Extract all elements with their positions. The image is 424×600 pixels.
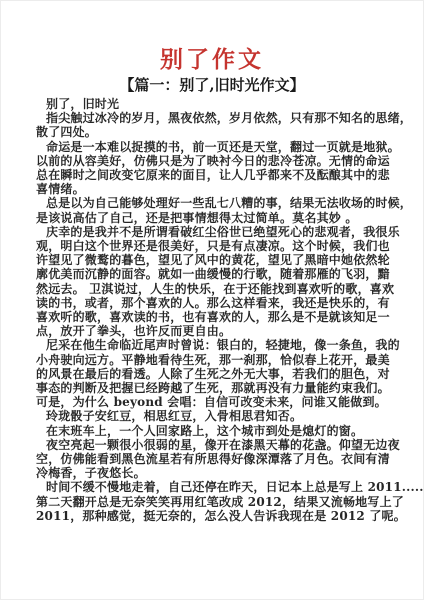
body-line: 观，明白这个世界还是很美好，只是有点凄凉。这个时候，我们也 bbox=[0, 239, 424, 253]
body-line: 以前的从容美好，仿佛只是为了映衬今日的悲冷苍凉。无情的命运 bbox=[0, 154, 424, 168]
body-line: 时间不缓不慢地走着，自己还停在昨天，日记本上总是写上 2011...... bbox=[0, 480, 424, 494]
body-line: 喜欢听的歌，喜欢读的书，也有喜欢的人，那么是不是就该知足一 bbox=[0, 310, 424, 324]
body-line: 读的书，或者，那个喜欢的人。那么这样看来，我还是快乐的，有 bbox=[0, 296, 424, 310]
body-line: 是该说高估了自己，还是把事情想得太过简单。莫名其妙 。 bbox=[0, 211, 424, 225]
body-line: 事态的判断及把握已经跨越了生死，那就再没有力量能约束我们。 bbox=[0, 381, 424, 395]
body-line: 第二天翻开总是无奈笑笑再用红笔改成 2012，结果又流畅地写上了 bbox=[0, 495, 424, 509]
body-line: 空，仿佛能看到黑色流星若有所思得好像深潭落了月色。衣间有清 bbox=[0, 452, 424, 466]
body-line: 然远去。 卫淇说过，人生的快乐，在于还能找到喜欢听的歌，喜欢 bbox=[0, 282, 424, 296]
body-line: 命运是一本难以捉摸的书，前一页还是天堂，翻过一页就是地狱。 bbox=[0, 140, 424, 154]
body-line: 别了，旧时光 bbox=[0, 97, 424, 111]
body-line: 可是，为什么 beyond 会唱：自信可改变未来，问谁又能做到。 bbox=[0, 395, 424, 409]
body-line: 在末班车上，一个人回家路上，这个城市到处是熄灯的窗。 bbox=[0, 424, 424, 438]
body-line: 指尖触过冰冷的岁月，黑夜依然，岁月依然，只有那不知名的思绪， bbox=[0, 111, 424, 125]
body-line: 总在瞬时之间改变它原来的面目，让人几乎都来不及酝酿其中的悲 bbox=[0, 168, 424, 182]
body-line: 尼采在他生命临近尾声时曾说：银白的，轻捷地，像一条鱼，我的 bbox=[0, 338, 424, 352]
body-line: 散了四处。 bbox=[0, 125, 424, 139]
body-line: 廓优美而沉静的面容。就如一曲缓慢的行歌，随着那雁的飞羽，黯 bbox=[0, 267, 424, 281]
body-line: 夜空亮起一颗很小很弱的星，像开在漆黑天幕的花盏。仰望无边夜 bbox=[0, 438, 424, 452]
body-line: 冷梅香，子夜悠长。 bbox=[0, 466, 424, 480]
essay-title: 别了作文 bbox=[0, 0, 424, 73]
body-line: 庆幸的是我并不是所谓看破红尘俗世已绝望死心的悲观者，我很乐 bbox=[0, 225, 424, 239]
essay-subtitle: 【篇一：别了,旧时光作文】 bbox=[0, 73, 424, 94]
body-line: 玲珑骰子安红豆，相思红豆，入骨相思君知否。 bbox=[0, 409, 424, 423]
body-line: 喜情绪。 bbox=[0, 182, 424, 196]
body-line: 小舟驶向远方。平静地看待生死，那一刹那，恰似春上花开，最美 bbox=[0, 353, 424, 367]
body-line: 许望见了微鹜的暮色，望见了风中的黄花，望见了黑暗中她依然轮 bbox=[0, 253, 424, 267]
body-line: 点，放开了拳头，也许反而更自由。 bbox=[0, 324, 424, 338]
body-line: 的风景在最后的看透。人除了生死之外无大事，若我们的胆色，对 bbox=[0, 367, 424, 381]
document-page: 别了作文 【篇一：别了,旧时光作文】 别了，旧时光指尖触过冰冷的岁月，黑夜依然，… bbox=[0, 0, 424, 600]
body-line: 2011，那种感觉，挺无奈的，怎么没人告诉我现在是 2012 了呢。 bbox=[0, 509, 424, 523]
body-line: 总是以为自己能够处理好一些乱七八糟的事，结果无法收场的时候， bbox=[0, 196, 424, 210]
essay-body: 别了，旧时光指尖触过冰冷的岁月，黑夜依然，岁月依然，只有那不知名的思绪，散了四处… bbox=[0, 97, 424, 523]
